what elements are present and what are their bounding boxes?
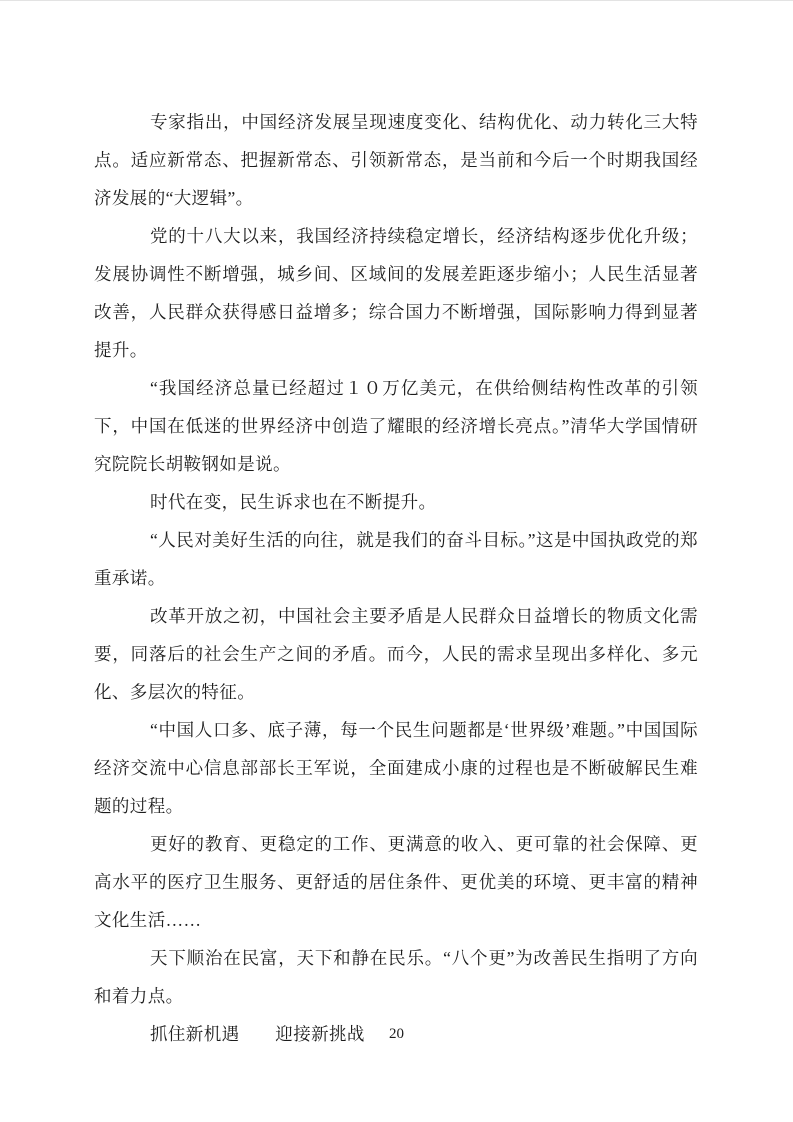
paragraph-experts-point-out: 专家指出，中国经济发展呈现速度变化、结构优化、动力转化三大特点。适应新常态、把握… xyxy=(94,103,698,217)
paragraph-population-quote: “中国人口多、底子薄，每一个民生问题都是‘世界级’难题。”中国国际经济交流中心信… xyxy=(94,711,698,825)
paragraph-times-changing: 时代在变，民生诉求也在不断提升。 xyxy=(94,483,698,521)
paragraph-people-aspiration-quote: “人民对美好生活的向往，就是我们的奋斗目标。”这是中国执政党的郑重承诺。 xyxy=(94,521,698,597)
page-number: 20 xyxy=(0,1024,793,1044)
paragraph-since-18th-congress: 党的十八大以来，我国经济持续稳定增长，经济结构逐步优化升级；发展协调性不断增强，… xyxy=(94,217,698,369)
text-block: 专家指出，中国经济发展呈现速度变化、结构优化、动力转化三大特点。适应新常态、把握… xyxy=(94,103,698,1053)
paragraph-reform-opening: 改革开放之初，中国社会主要矛盾是人民群众日益增长的物质文化需要，同落后的社会生产… xyxy=(94,597,698,711)
paragraph-economy-quote: “我国经济总量已经超过１０万亿美元，在供给侧结构性改革的引领下，中国在低迷的世界… xyxy=(94,369,698,483)
paragraph-people-wealth: 天下顺治在民富，天下和静在民乐。“八个更”为改善民生指明了方向和着力点。 xyxy=(94,939,698,1015)
document-page: 专家指出，中国经济发展呈现速度变化、结构优化、动力转化三大特点。适应新常态、把握… xyxy=(0,0,793,1122)
paragraph-eight-betters: 更好的教育、更稳定的工作、更满意的收入、更可靠的社会保障、更高水平的医疗卫生服务… xyxy=(94,825,698,939)
